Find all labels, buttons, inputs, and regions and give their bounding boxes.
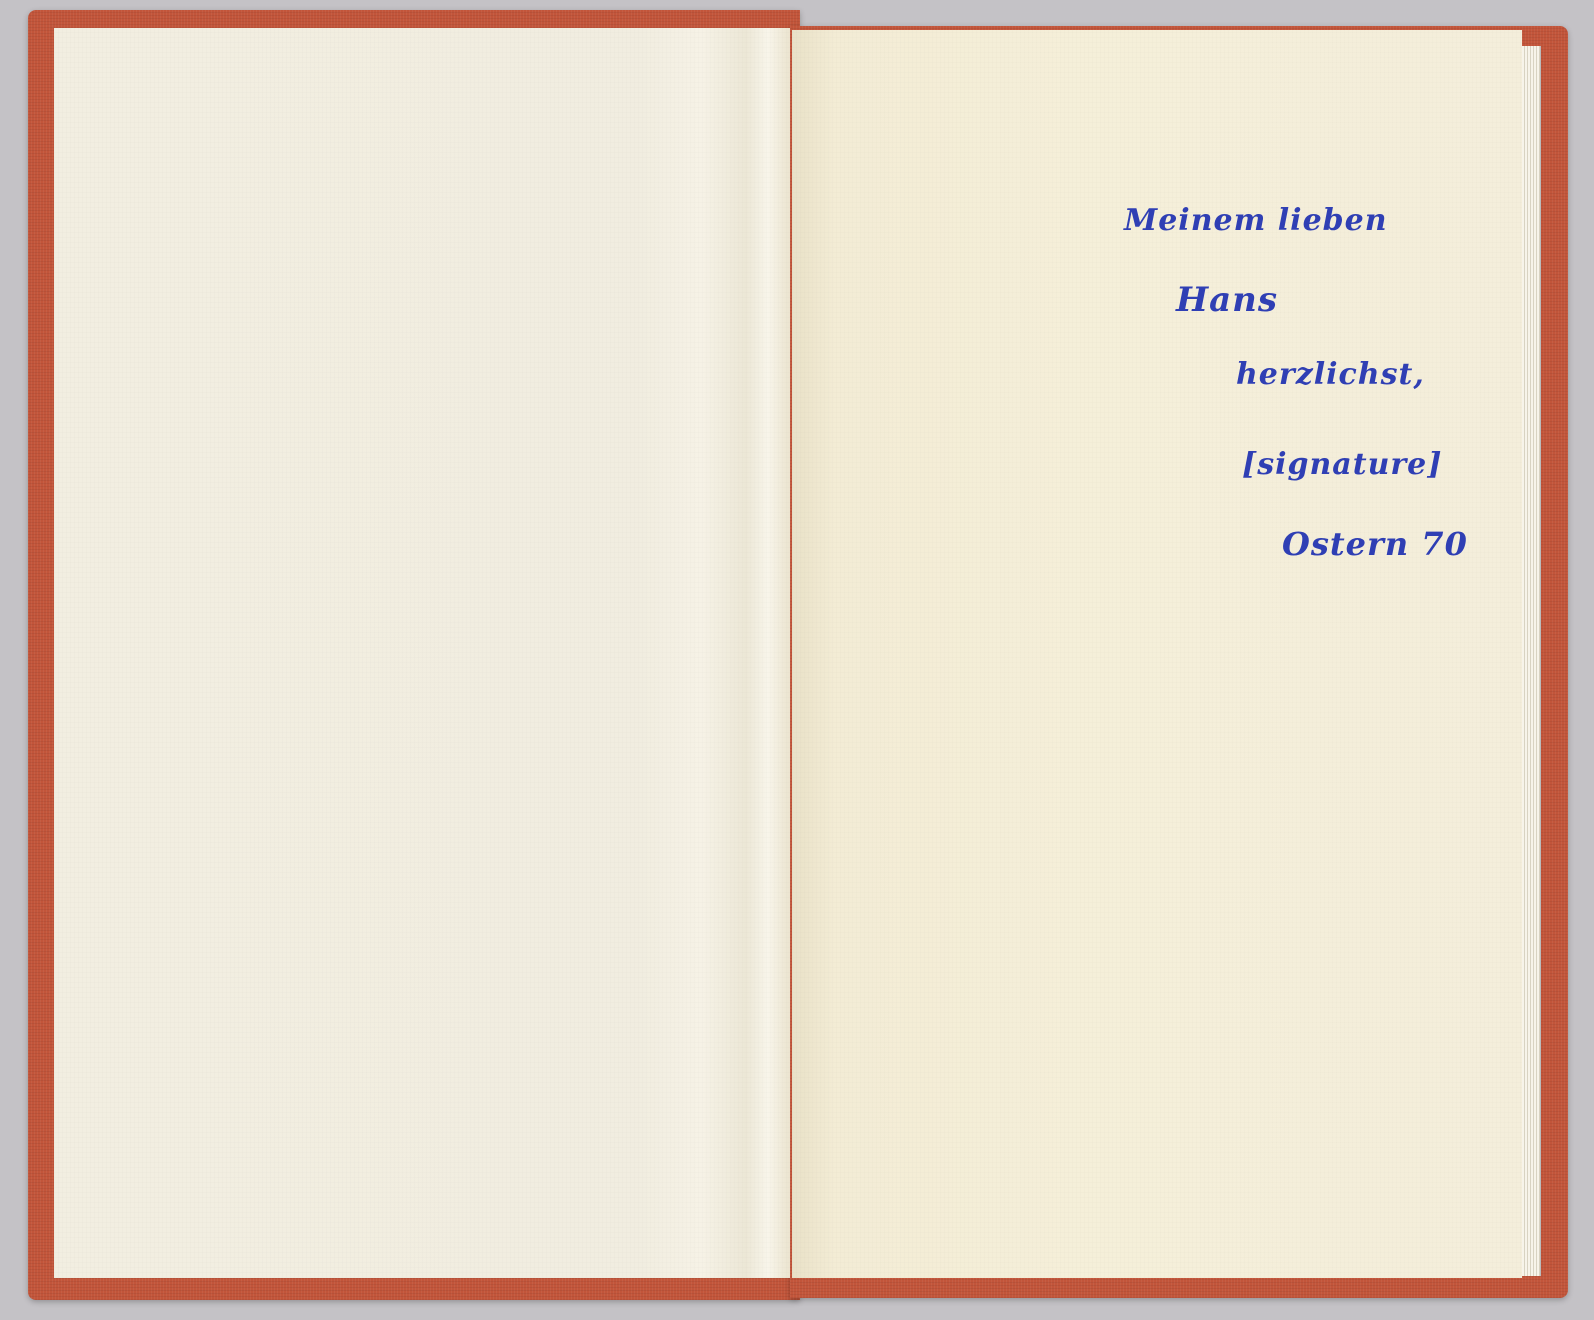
dedication-line-3: herzlichst, <box>1236 357 1425 392</box>
dedication-line-2: Hans <box>1176 280 1278 320</box>
dedication-date: Ostern 70 <box>1282 525 1468 563</box>
page-block-edges <box>1522 46 1541 1276</box>
paper-texture <box>54 28 790 1278</box>
handwritten-dedication: Meinem lieben Hans herzlichst, [signatur… <box>1110 185 1490 585</box>
left-endpaper <box>54 28 790 1278</box>
open-book: Meinem lieben Hans herzlichst, [signatur… <box>0 0 1594 1320</box>
dedication-line-1: Meinem lieben <box>1124 203 1388 238</box>
dedication-signature: [signature] <box>1242 447 1442 482</box>
